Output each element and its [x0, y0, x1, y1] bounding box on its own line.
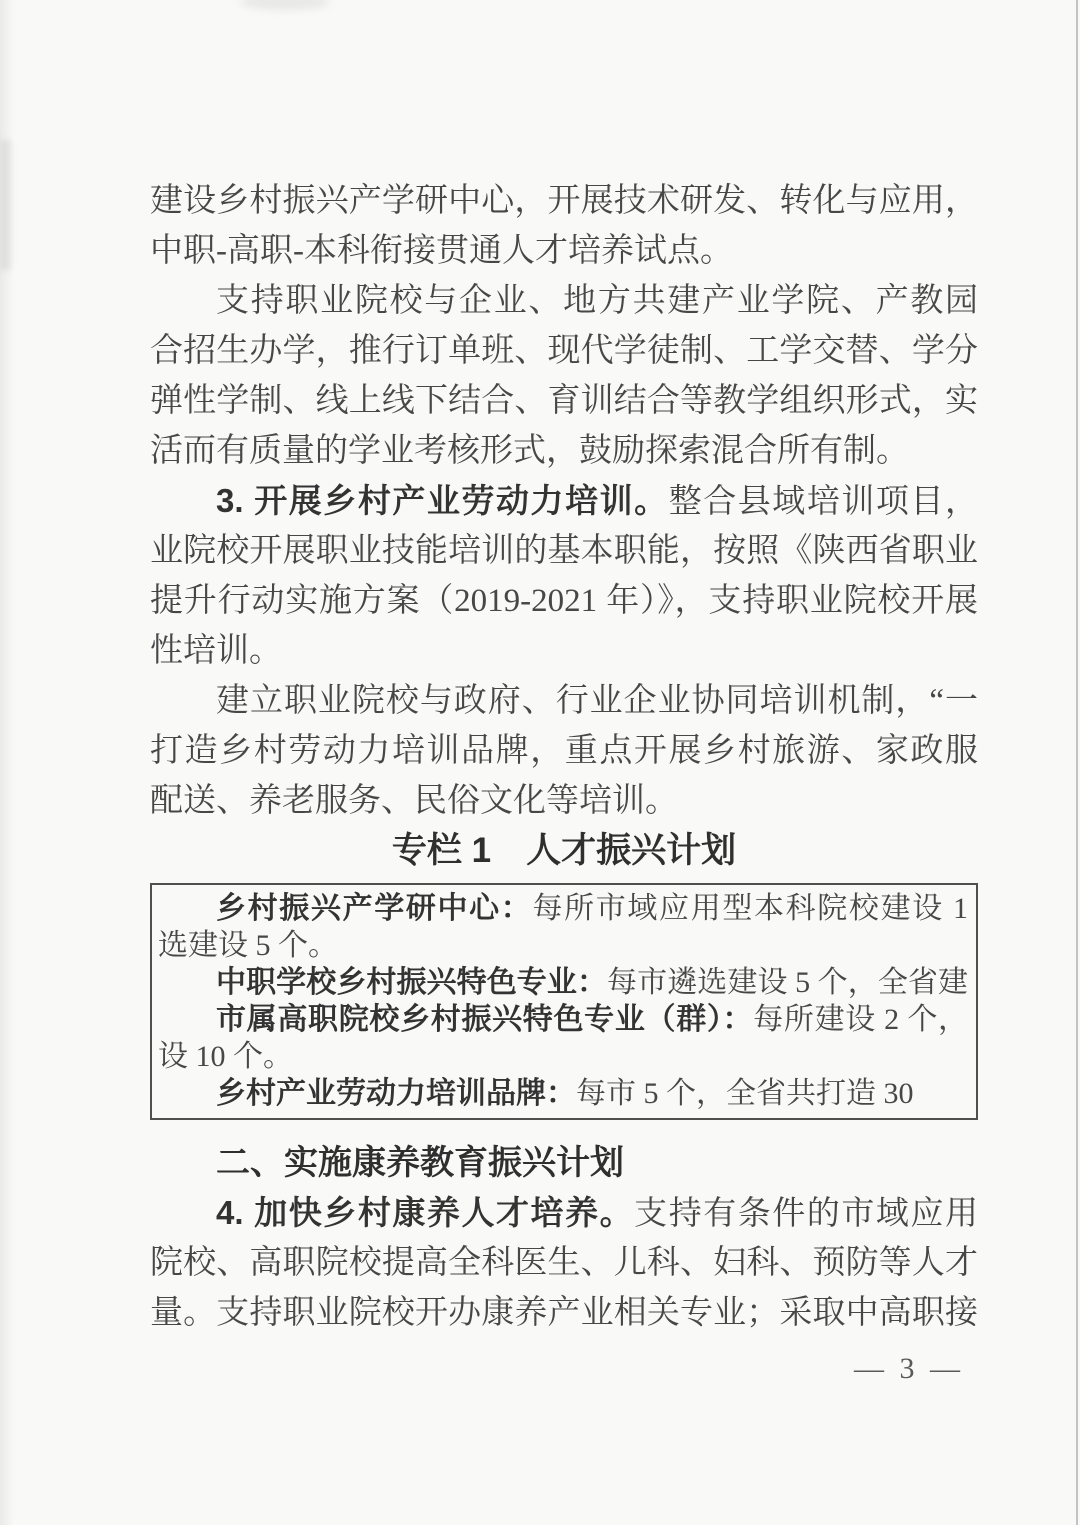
scan-artifact-left-edge [0, 0, 14, 1525]
text-run: 支持职业院校与企业、地方共建产业学院、产教园区，联 [150, 283, 978, 326]
text-run: 活而有质量的学业考核形式，鼓励探索混合所有制。 [150, 433, 909, 469]
text-run: 配送、养老服务、民俗文化等培训。 [150, 783, 678, 819]
text-run: 打造乡村劳动力培训品牌，重点开展乡村旅游、家政服务、物流 [150, 733, 978, 776]
text-line: 支持职业院校与企业、地方共建产业学院、产教园区，联 [150, 276, 978, 326]
text-line: 建立职业院校与政府、行业企业协同培训机制，“一校一品” [150, 676, 978, 726]
text-run: 设 10 个。 [158, 1040, 293, 1073]
text-blocks: 建设乡村振兴产学研中心，开展技术研发、转化与应用，开展中职-高职-本科衔接贯通人… [150, 176, 978, 1338]
text-line: 量。支持职业院校开办康养产业相关专业；采取中高职接续培养 [150, 1288, 978, 1338]
bold-text-run: 二、实施康养教育振兴计划 [216, 1144, 624, 1182]
scan-artifact-top-smudge [240, 0, 330, 10]
box-text-line: 选建设 5 个。 [158, 927, 968, 964]
box-text-line: 中职学校乡村振兴特色专业：每市遴选建设 5 个，全省建设 30 个。 [158, 964, 968, 1001]
box-text-line: 乡村产业劳动力培训品牌：每市 5 个，全省共打造 30 个。 [158, 1075, 968, 1112]
text-line: 配送、养老服务、民俗文化等培训。 [150, 776, 978, 826]
text-run: 弹性学制、线上线下结合、育训结合等教学组织形式，实行灵 [150, 383, 978, 426]
column-heading: 专栏 1 人才振兴计划 [150, 826, 978, 876]
text-run: 建设乡村振兴产学研中心，开展技术研发、转化与应用，开展 [150, 183, 978, 226]
text-line: 建设乡村振兴产学研中心，开展技术研发、转化与应用，开展 [150, 176, 978, 226]
text-line: 业院校开展职业技能培训的基本职能，按照《陕西省职业技能 [150, 526, 978, 576]
bold-text-run: 乡村振兴产学研中心： [216, 892, 532, 925]
bold-text-run: 市属高职院校乡村振兴特色专业（群）： [216, 1003, 753, 1036]
bold-text-run: 乡村产业劳动力培训品牌： [216, 1077, 576, 1110]
column-box: 乡村振兴产学研中心：每所市域应用型本科院校建设 1 个，全省遴选建设 5 个。中… [150, 883, 978, 1120]
box-text-line: 设 10 个。 [158, 1038, 968, 1075]
text-run: 建立职业院校与政府、行业企业协同培训机制，“一校一品” [150, 683, 978, 726]
text-line: 合招生办学，推行订单班、现代学徒制、工学交替、学分制与 [150, 326, 978, 376]
text-line: 中职-高职-本科衔接贯通人才培养试点。 [150, 226, 978, 276]
text-run: 性培训。 [150, 633, 282, 669]
text-line: 提升行动实施方案（2019-2021 年）》，支持职业院校开展补贴 [150, 576, 978, 626]
box-text-line: 乡村振兴产学研中心：每所市域应用型本科院校建设 1 个，全省遴 [158, 890, 968, 927]
bold-text-run: 3. 开展乡村产业劳动力培训。 [216, 482, 669, 519]
document-body: 建设乡村振兴产学研中心，开展技术研发、转化与应用，开展中职-高职-本科衔接贯通人… [150, 176, 978, 1390]
text-run: 量。支持职业院校开办康养产业相关专业；采取中高职接续培养 [150, 1295, 978, 1338]
scan-artifact-left-band [0, 140, 11, 270]
text-run: 院校、高职院校提高全科医生、儿科、妇科、预防等人才培养质 [150, 1245, 978, 1288]
text-run: 中职-高职-本科衔接贯通人才培养试点。 [150, 233, 733, 269]
bold-text-run: 4. 加快乡村康养人才培养。 [216, 1194, 634, 1231]
bold-text-run: 中职学校乡村振兴特色专业： [216, 966, 607, 999]
text-line: 弹性学制、线上线下结合、育训结合等教学组织形式，实行灵 [150, 376, 978, 426]
page-number: — 3 — [150, 1348, 978, 1390]
bold-text-run: 专栏 1 人才振兴计划 [392, 831, 736, 870]
box-text-line: 市属高职院校乡村振兴特色专业（群）：每所建设 2 个，全省遴选建 [158, 1001, 968, 1038]
section-heading: 二、实施康养教育振兴计划 [150, 1138, 978, 1188]
text-run: 合招生办学，推行订单班、现代学徒制、工学交替、学分制与 [150, 333, 978, 376]
text-line: 活而有质量的学业考核形式，鼓励探索混合所有制。 [150, 426, 978, 476]
text-run: 提升行动实施方案（2019-2021 年）》，支持职业院校开展补贴 [150, 583, 978, 626]
scan-artifact-right-edge [1076, 0, 1078, 1525]
text-run: 业院校开展职业技能培训的基本职能，按照《陕西省职业技能 [150, 533, 978, 576]
document-page: { "page": { "number": "— 3 —", "backgrou… [0, 0, 1080, 1525]
text-line: 院校、高职院校提高全科医生、儿科、妇科、预防等人才培养质 [150, 1238, 978, 1288]
text-run: 选建设 5 个。 [158, 929, 338, 962]
text-line: 3. 开展乡村产业劳动力培训。整合县域培训项目，强化职 [150, 476, 978, 526]
text-line: 性培训。 [150, 626, 978, 676]
text-line: 打造乡村劳动力培训品牌，重点开展乡村旅游、家政服务、物流 [150, 726, 978, 776]
text-line: 4. 加快乡村康养人才培养。支持有条件的市域应用型本科 [150, 1188, 978, 1238]
